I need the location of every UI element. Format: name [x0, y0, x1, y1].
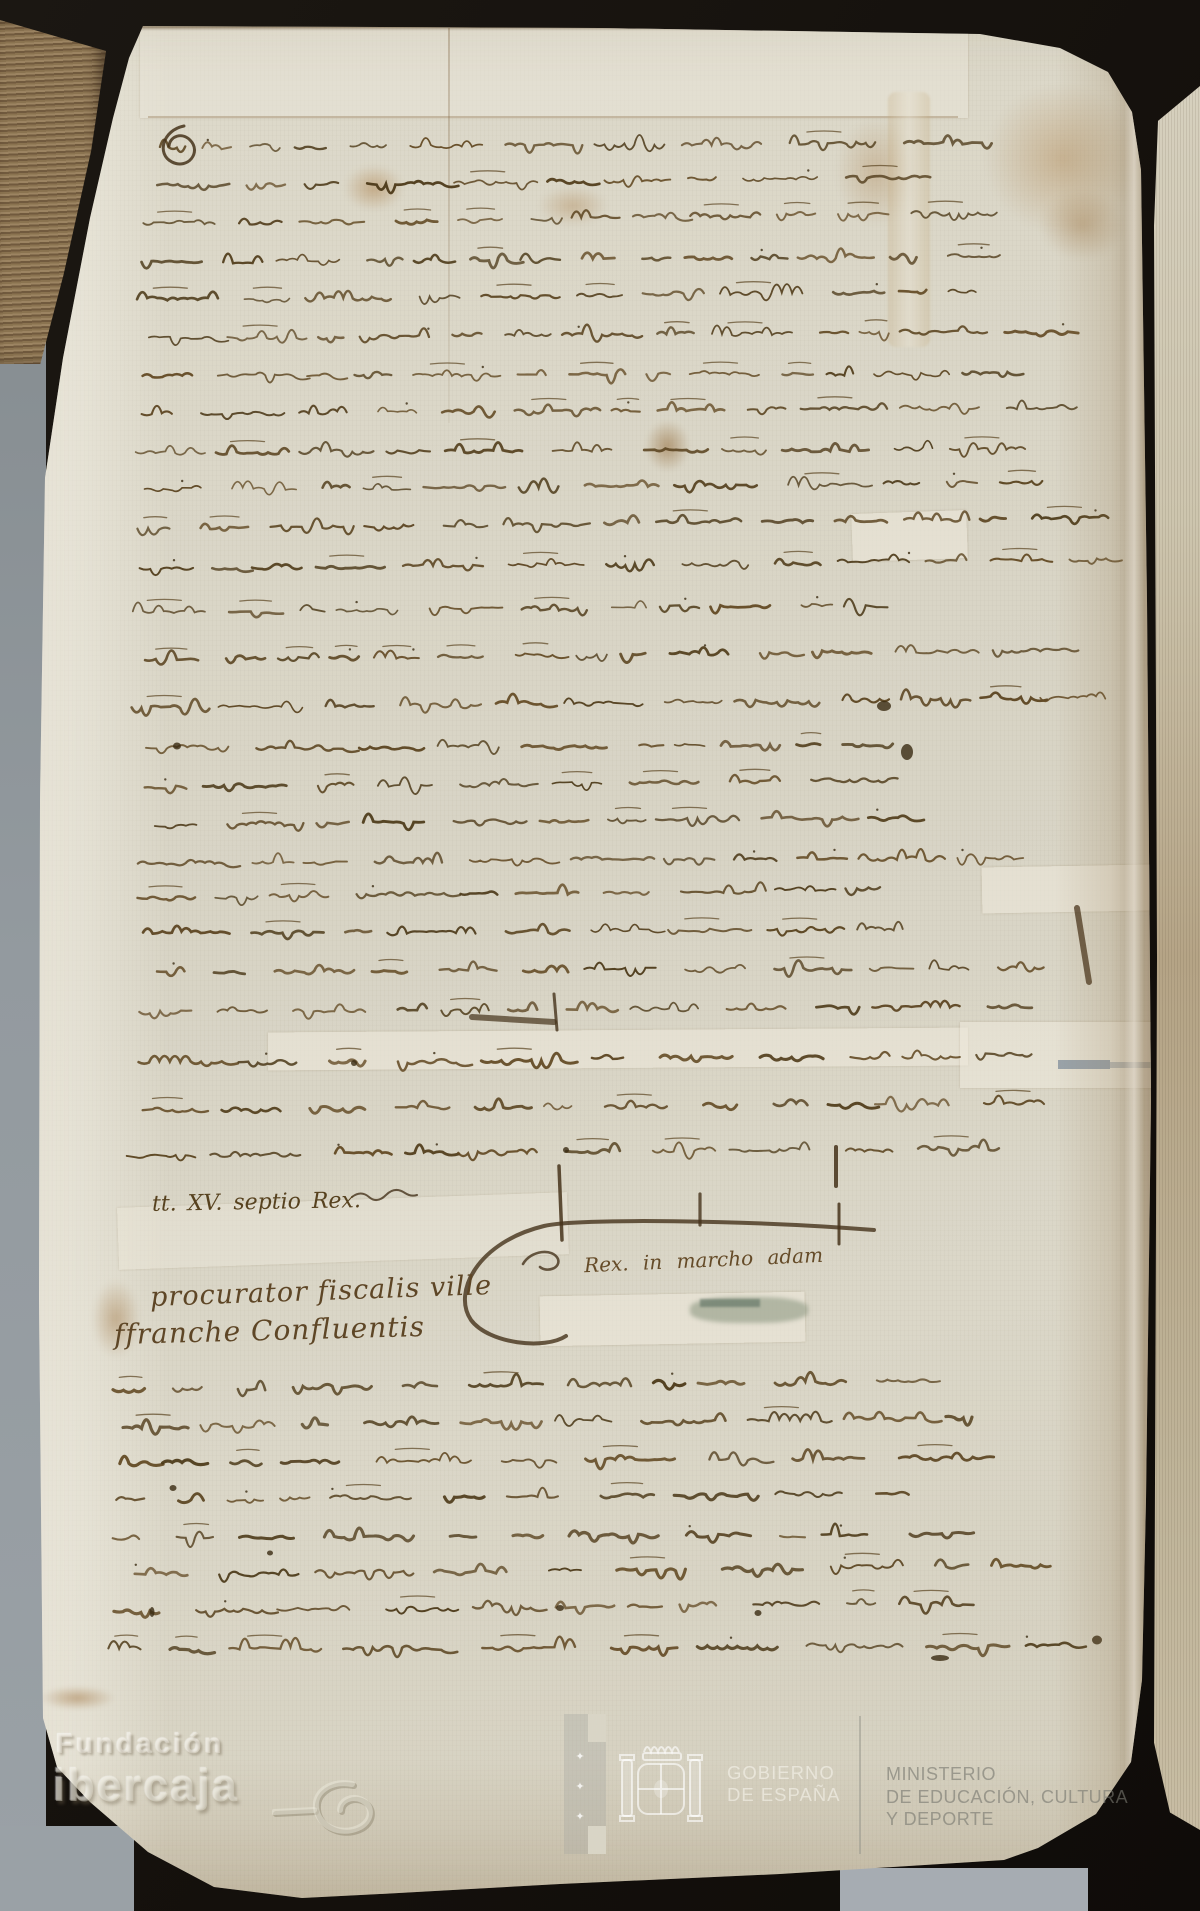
ministerio-line3: Y DEPORTE: [886, 1808, 1128, 1831]
spain-coat-of-arms-icon: [616, 1734, 708, 1838]
ministerio-wordmark: MINISTERIO DE EDUCACIÓN, CULTURA Y DEPOR…: [886, 1763, 1128, 1831]
ministerio-line2: DE EDUCACIÓN, CULTURA: [886, 1786, 1128, 1809]
star-icon: ✦: [570, 1810, 590, 1840]
logo-divider: [859, 1716, 861, 1854]
ibercaja-swirl-icon: [272, 1778, 388, 1844]
emblem-notch: [588, 1714, 606, 1742]
star-icon: ✦: [570, 1750, 590, 1780]
gobierno-line2: DE ESPAÑA: [727, 1784, 841, 1806]
archival-photo: procurator fiscalis ville ffranche Confl…: [0, 0, 1200, 1911]
ibercaja-wordmark: ibercaja: [53, 1760, 239, 1812]
watermark-layer: Fundación ibercaja ✦ ✦ ✦: [0, 0, 1200, 1911]
fundacion-wordmark-line1: Fundación: [56, 1728, 225, 1760]
archive-emblem-stars: ✦ ✦ ✦: [570, 1750, 590, 1840]
ministerio-line1: MINISTERIO: [886, 1763, 1128, 1786]
star-icon: ✦: [570, 1780, 590, 1810]
gobierno-wordmark: GOBIERNO DE ESPAÑA: [727, 1762, 841, 1806]
emblem-notch: [588, 1826, 606, 1854]
gobierno-line1: GOBIERNO: [727, 1762, 841, 1784]
